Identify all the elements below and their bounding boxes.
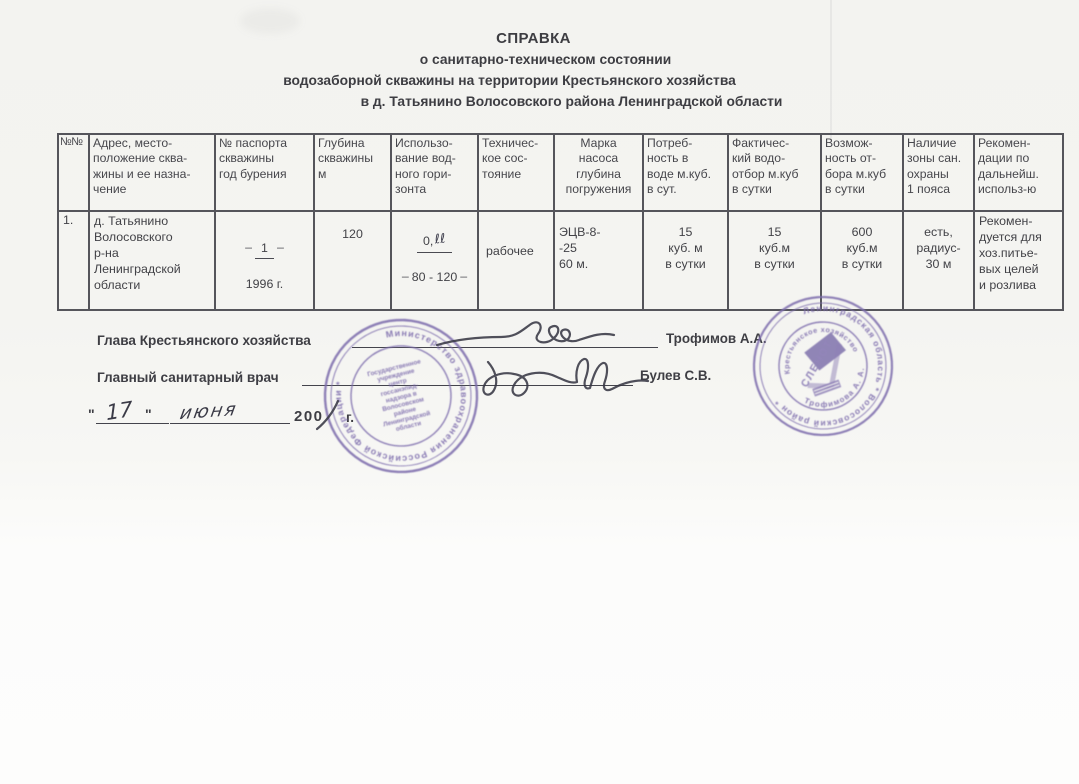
- cell-depth: 120: [314, 211, 391, 310]
- date-month-underline: [170, 423, 290, 424]
- signature-label-chief-doctor: Главный санитарный врач: [97, 370, 279, 385]
- document-subtitle-1: о санитарно-техническом состоянии: [6, 49, 1079, 70]
- passport-fraction: –1–: [217, 241, 312, 259]
- document-header: СПРАВКА о санитарно-техническом состояни…: [0, 30, 1079, 112]
- table-row: 1. д. Татьянино Волосовского р-на Ленинг…: [58, 211, 1063, 310]
- scanned-certificate-page: СПРАВКА о санитарно-техническом состояни…: [0, 0, 1079, 784]
- cell-condition: рабочее: [478, 211, 554, 310]
- scan-dash: –: [402, 269, 409, 285]
- well-info-table: №№ Адрес, место- положение сква- жины и …: [57, 133, 1064, 311]
- scan-dash: –: [460, 269, 467, 285]
- column-header-sanitary-zone: Наличие зоны сан. охраны 1 пояса: [903, 134, 974, 211]
- cell-water-need: 15 куб. м в сутки: [643, 211, 728, 310]
- cell-pump: ЭЦВ-8- -25 60 м.: [554, 211, 643, 310]
- column-header-condition: Техничес- кое сос- тояние: [478, 134, 554, 211]
- date-open-quote: ": [88, 406, 95, 422]
- horizon-fraction: 0,ℓℓ: [393, 234, 476, 253]
- cell-sanitary-zone: есть, радиус- 30 м: [903, 211, 974, 310]
- column-header-horizon-use: Использо- вание вод- ного гори- зонта: [391, 134, 478, 211]
- handwritten-day: 17: [106, 397, 134, 425]
- column-header-possible-intake: Возмож- ность от- бора м.куб в сутки: [821, 134, 903, 211]
- column-header-actual-intake: Фактичес- кий водо- отбор м.куб в сутки: [728, 134, 821, 211]
- emblem-striped-bar: [812, 379, 841, 396]
- stamp-center-text: Государственное учреждение центр госсанэ…: [367, 358, 437, 436]
- scan-dash: –: [245, 240, 252, 256]
- cell-passport: –1– 1996 г.: [215, 211, 314, 310]
- passport-number: 1: [255, 241, 274, 259]
- cell-recommendation: Рекомен- дуется для хоз.питье- вых целей…: [974, 211, 1063, 310]
- document-subtitle-3: в д. Татьянино Волосовского района Ленин…: [32, 91, 1079, 112]
- cell-address: д. Татьянино Волосовского р-на Ленинград…: [89, 211, 215, 310]
- signatory-name-bulev: Булев С.В.: [640, 368, 711, 383]
- handwritten-ll: ℓℓ: [434, 231, 446, 249]
- handwritten-month: июня: [178, 399, 239, 424]
- horizon-range: –80 - 120–: [393, 270, 476, 286]
- column-header-passport: № паспорта скважины год бурения: [215, 134, 314, 211]
- cell-row-number: 1.: [58, 211, 89, 310]
- document-subtitle-2: водозаборной скважины на территории Крес…: [0, 70, 1049, 91]
- column-header-recommendations: Рекомен- дации по дальнейш. использ-ю: [974, 134, 1063, 211]
- scan-paper-texture: [0, 0, 1079, 784]
- column-header-depth: Глубина скважины м: [314, 134, 391, 211]
- column-header-pump: Марка насоса глубина погружения: [554, 134, 643, 211]
- date-day-underline: [96, 423, 169, 424]
- date-close-quote: ": [145, 406, 152, 422]
- column-header-number: №№: [58, 134, 89, 211]
- drilling-year: 1996 г.: [217, 277, 312, 293]
- scan-dash: –: [277, 240, 284, 256]
- column-header-address: Адрес, место- положение сква- жины и ее …: [89, 134, 215, 211]
- document-title: СПРАВКА: [0, 30, 1073, 47]
- signature-label-farm-head: Глава Крестьянского хозяйства: [97, 333, 311, 348]
- column-header-water-need: Потреб- ность в воде м.куб. в сут.: [643, 134, 728, 211]
- cell-horizon: 0,ℓℓ –80 - 120–: [391, 211, 478, 310]
- horizon-printed: 0,: [423, 234, 433, 248]
- table-header-row: №№ Адрес, место- положение сква- жины и …: [58, 134, 1063, 211]
